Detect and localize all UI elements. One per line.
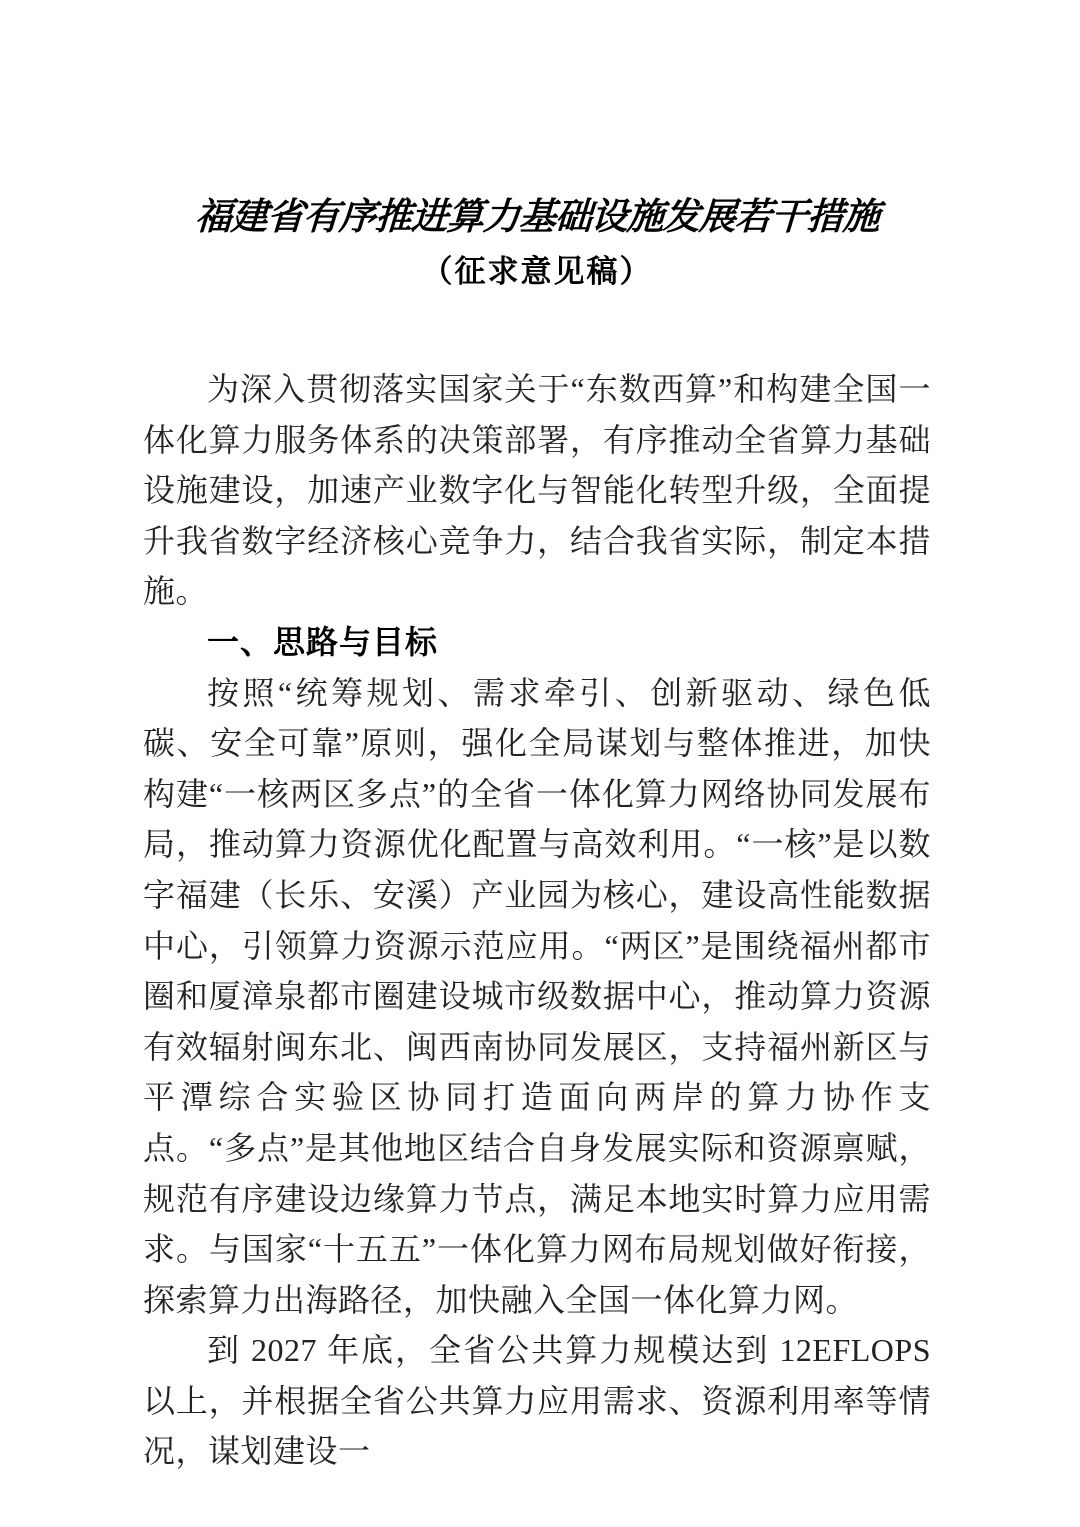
paragraph-2027-target: 到 2027 年底，全省公共算力规模达到 12EFLOPS 以上，并根据全省公共… <box>143 1325 931 1477</box>
document-content: 福建省有序推进算力基础设施发展若干措施 （征求意见稿） 为深入贯彻落实国家关于“… <box>143 0 931 1477</box>
paragraph-layout-strategy: 按照“统筹规划、需求牵引、创新驱动、绿色低碳、安全可靠”原则，强化全局谋划与整体… <box>143 668 931 1326</box>
document-subtitle: （征求意见稿） <box>143 250 931 294</box>
paragraph-preamble: 为深入贯彻落实国家关于“东数西算”和构建全国一体化算力服务体系的决策部署，有序推… <box>143 364 931 617</box>
document-title: 福建省有序推进算力基础设施发展若干措施 <box>142 194 933 242</box>
document-page: 福建省有序推进算力基础设施发展若干措施 （征求意见稿） 为深入贯彻落实国家关于“… <box>0 0 1080 1527</box>
section-heading-goals: 一、思路与目标 <box>143 617 931 668</box>
